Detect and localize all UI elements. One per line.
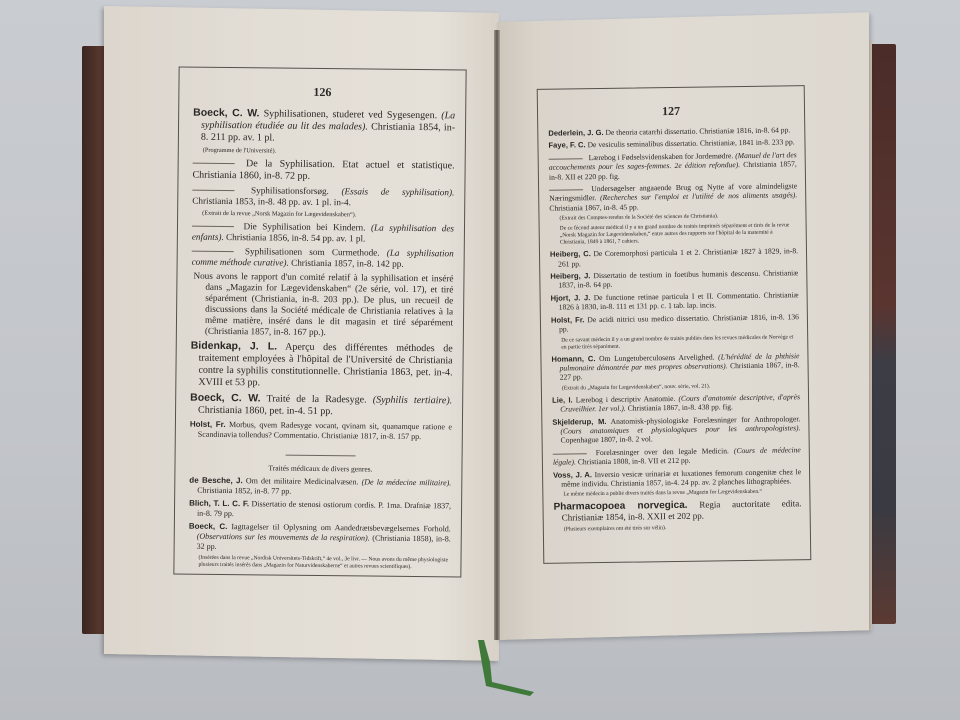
bookmark-ribbon — [476, 640, 536, 700]
entry: Holst, Fr. Morbus, qvem Radesyge vocant,… — [190, 420, 452, 443]
entry-author: Dederlein, J. G. — [548, 128, 603, 138]
entry-author: Lie, I. — [552, 395, 573, 404]
ditto-dash — [193, 163, 235, 164]
entry: Skjelderup, M. Anatomisk-physiologiske F… — [552, 414, 800, 446]
right-page-frame: 127 Dederlein, J. G. De theoria catarrhi… — [537, 85, 812, 564]
entry: Bidenkap, J. L. Aperçu des différentes m… — [190, 340, 452, 392]
entry: Heiberg, J. Dissertatio de testium in fo… — [550, 268, 798, 290]
ditto-dash — [192, 190, 234, 191]
entry-author: Faye, F. C. — [548, 141, 585, 151]
entry-paragraph: De ce fécond auteur médical il y a un gr… — [550, 223, 798, 247]
section-title: Traités médicaux de divers genres. — [189, 463, 451, 475]
entry: Syphilisationen som Curmethode. (La syph… — [192, 246, 454, 271]
ditto-dash — [553, 453, 587, 454]
entry: Forelæsninger over den legale Medicin. (… — [553, 445, 801, 467]
entry: Lærebog i Fødselsvidenskaben for Jordemø… — [549, 150, 797, 182]
entry: Heiberg, C. De Coremorphosi particula 1 … — [550, 247, 798, 269]
entry: de Besche, J. Om det militaire Medicinal… — [189, 476, 451, 499]
entry-note: (Extrait du „Magazin for Lægevidenskaben… — [552, 382, 800, 392]
entry: Dederlein, J. G. De theoria catarrhi dis… — [548, 125, 796, 138]
entry-author: Holst, Fr. — [551, 315, 585, 324]
entry: Hjort, J. J. De functione retinae partic… — [551, 290, 799, 312]
entry-note: (Insérées dans la revue „Nordisk Univers… — [188, 555, 450, 572]
entry: Lie, I. Lærebog i descriptiv Anatomie. (… — [552, 392, 800, 414]
ditto-dash — [549, 189, 583, 190]
entry-author: Boeck, C. W. — [190, 392, 260, 405]
entry-author: Heiberg, J. — [550, 271, 590, 281]
entry-author: Blich, T. L. C. F. — [189, 499, 249, 509]
entry-note: (Extrait de la revue „Norsk Magazin for … — [192, 210, 454, 221]
ditto-dash — [192, 226, 234, 227]
entry-author: Homann, C. — [551, 354, 595, 364]
page-number-right: 127 — [538, 102, 804, 121]
entry: Homann, C. Om Lungetuberculosens Arvelig… — [551, 351, 799, 383]
ditto-dash — [192, 251, 234, 252]
entry: Blich, T. L. C. F. Dissertatio de stenos… — [189, 499, 451, 522]
entry-note: (Plusieurs exemplaires ont été tirés sur… — [554, 524, 802, 534]
book-gutter — [494, 30, 500, 640]
section-divider — [286, 455, 356, 457]
entry: Pharmacopoea norvegica. Regia auctoritat… — [553, 499, 801, 524]
entry: Voss, J. A. Inversio vesicæ urinariæ et … — [553, 467, 801, 489]
left-page-frame: 126 Boeck, C. W. Syphilisationen, studer… — [173, 67, 466, 578]
entry: De la Syphilisation. Etat actuel et stat… — [192, 158, 454, 185]
entry-author: Heiberg, C. — [550, 249, 591, 259]
entry: Boeck, C. Iagttagelser til Oplysning om … — [189, 522, 451, 555]
entry: Faye, F. C. De vesiculis seminalibus dis… — [548, 138, 796, 151]
entry-author: Boeck, C. — [189, 522, 228, 531]
entry-note: De ce savant médecin il y a un grand nom… — [551, 334, 799, 351]
ditto-dash — [549, 158, 583, 159]
entry-note: (Extrait des Comptes-rendus de la Sociét… — [549, 213, 797, 223]
page-number-left: 126 — [179, 84, 465, 102]
entry: Die Syphilisation bei Kindern. (La syphi… — [192, 221, 454, 246]
entry-note: (Programme de l'Université). — [193, 147, 455, 158]
entry: Boeck, C. W. Syphilisationen, studeret v… — [193, 107, 455, 147]
entry-author: Bidenkap, J. L. — [191, 340, 277, 353]
entry-author: Skjelderup, M. — [552, 416, 606, 426]
entry: Holst, Fr. De acidi nitrici usu medico d… — [551, 312, 799, 334]
entry-note: Le même médecin a publié divers traités … — [553, 489, 801, 499]
entry-paragraph: Nous avons le rapport d'un comité relati… — [191, 271, 454, 340]
entry-author: Voss, J. A. — [553, 470, 592, 480]
entry: Boeck, C. W. Traité de la Radesyge. (Syp… — [190, 392, 452, 420]
entry-author: Boeck, C. W. — [193, 107, 259, 120]
entry-author: de Besche, J. — [189, 476, 242, 486]
entry-author: Hjort, J. J. — [551, 293, 591, 303]
book-cover-right — [868, 44, 896, 624]
entry: Undersøgelser angaaende Brug og Nytte af… — [549, 181, 797, 213]
entry-author: Holst, Fr. — [190, 420, 226, 429]
entry: Syphilisationsforsøg. (Essais de syphili… — [192, 185, 454, 210]
